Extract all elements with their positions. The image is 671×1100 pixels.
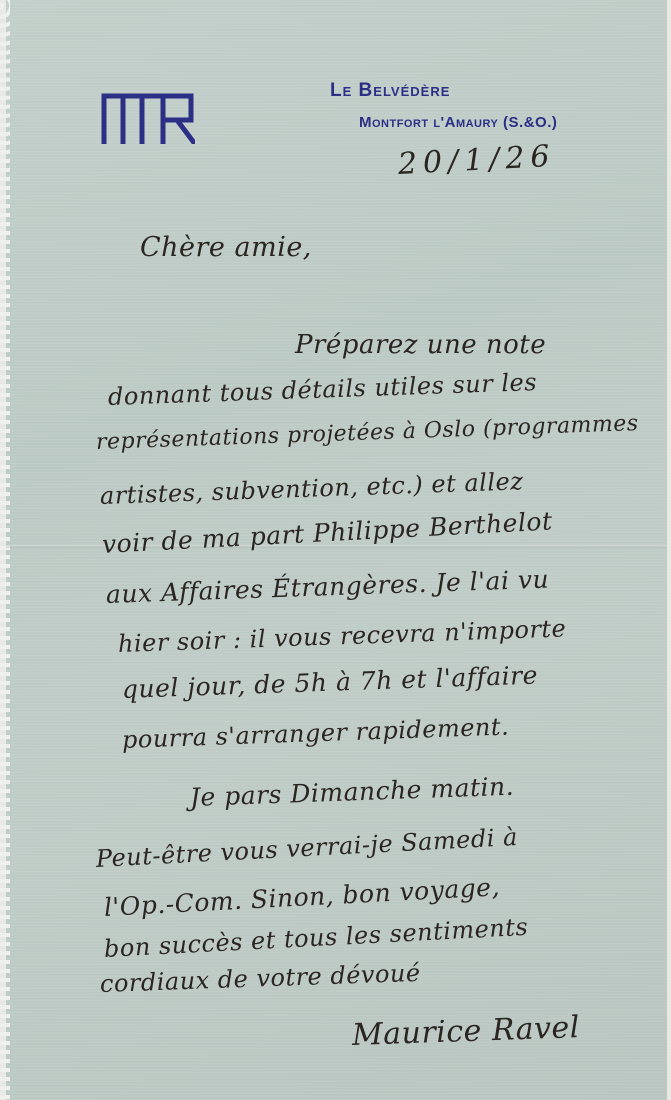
- letterhead-address: Montfort l'Amaury (S.&O.): [359, 114, 557, 131]
- letterhead-name: Le Belvédère: [330, 80, 450, 102]
- mr-monogram-logo: [101, 92, 195, 144]
- salutation: Chère amie,: [140, 232, 312, 263]
- body-line: Préparez une note: [295, 330, 546, 360]
- deckle-edge: [0, 0, 10, 1100]
